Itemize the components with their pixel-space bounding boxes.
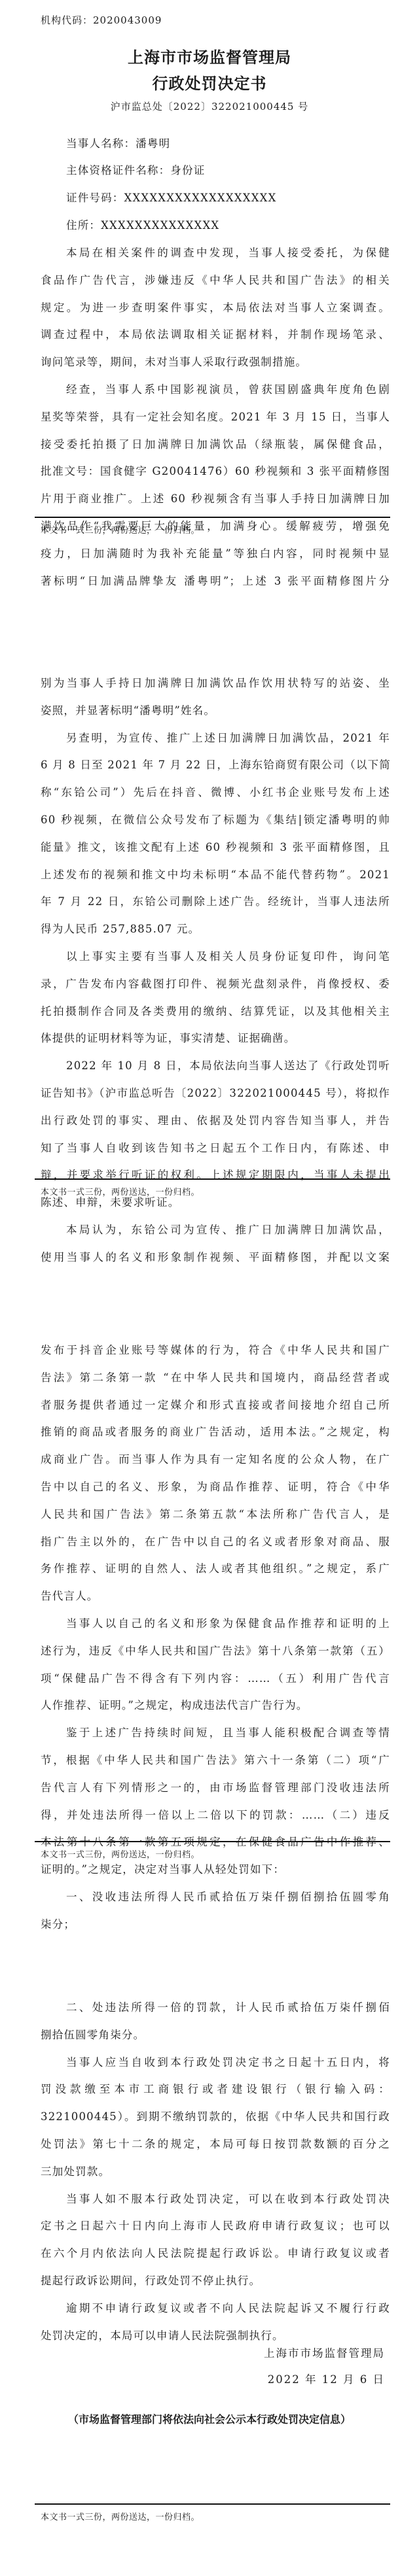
body-line: 本局在相关案件的调查中发现，当事人接受委托，为保健 bbox=[66, 247, 390, 260]
body-line: 证明的。”之规定，决定对当事人从轻处罚如下： bbox=[41, 1863, 390, 1876]
body-line: 另查明，为宣传、推广上述日加满牌日加满饮品，2021 年 bbox=[66, 732, 390, 745]
body-line: 罚没款缴至本市工商银行或者建设银行（银行输入码： bbox=[41, 2083, 390, 2096]
signature-agency: 上海市市场监督管理局 bbox=[264, 2344, 385, 2360]
body-line: 定书之日起六十日内向上海市人民政府申请行政复议；也可以 bbox=[41, 2220, 390, 2233]
body-line: 经查，当事人系中国影视演员，曾获国剧盛典年度角色剧 bbox=[66, 383, 390, 396]
body-line: 批准文号：国食健字 G20041476）60 秒视频和 3 张平面精修图 bbox=[41, 465, 390, 478]
body-line: 录，广告发布内容截图打印件、视频光盘刻录件，肖像授权、委 bbox=[41, 978, 390, 991]
body-line: 告代言人有下列情形之一的，由市场监督管理部门没收违法所 bbox=[41, 1781, 390, 1795]
body-line: 疫力，日加满随时为我补充能量”等独白内容，同时视频中显 bbox=[41, 547, 390, 560]
page-1: 机构代码：2020043009 上海市市场监督管理局 行政处罚决定书 沪市监总处… bbox=[0, 0, 419, 654]
footer-rule bbox=[35, 1841, 390, 1842]
footer-note: 本文书一式三份，两份送达，一份归档。 bbox=[41, 2510, 200, 2522]
body-line: 一、没收违法所得人民币贰拾伍万柒仟捌佰捌拾伍圆零角 bbox=[66, 1891, 390, 1904]
public-notice: （市场监督管理部门将依法向社会公示本行政处罚决定信息） bbox=[0, 2411, 419, 2426]
body-line: 星奖等荣誉，具有一定社会知名度。2021 年 3 月 15 日，当事人 bbox=[41, 411, 390, 424]
body-line: 得，并处违法所得一倍以上二倍以下的罚款：……（二）违反 bbox=[41, 1809, 390, 1822]
body-line: 称“东铪公司”）先后在抖音、微博、小红书企业账号发布上述 bbox=[41, 786, 390, 799]
body-line: 节，根据《中华人民共和国广告法》第六十一条第（二）项“广 bbox=[41, 1754, 390, 1767]
party-address: 住所：XXXXXXXXXXXXXX bbox=[66, 219, 390, 232]
body-line: 使用当事人的名义和形象制作视频、平面精修图，并配以文案 bbox=[41, 1251, 390, 1264]
body-line: 人民共和国广告法》第二条第五款“本法所称广告代言人，是 bbox=[41, 1508, 390, 1521]
body-line: 在六个月内依法向人民法院提起行政诉讼。申请行政复议或者 bbox=[41, 2247, 390, 2260]
body-line: 处罚决定的，本局可以申请人民法院强制执行。 bbox=[41, 2329, 390, 2343]
body-line: 2022 年 10 月 8 日，本局依法向当事人送达了《行政处罚听 bbox=[66, 1059, 390, 1073]
body-line: 上述发布的视频和推文中均未标明“本品不能代替药物”。2021 bbox=[41, 868, 390, 882]
body-line: 推销的商品或者服务的商业广告活动，适用本法。”之规定，构 bbox=[41, 1426, 390, 1439]
footer-note: 本文书一式三份，两份送达，一份归档。 bbox=[41, 1847, 200, 1860]
body-line: 知了当事人自收到该告知书之日起五个工作日内，有陈述、申 bbox=[41, 1142, 390, 1155]
page-2: 别为当事人手持日加满牌日加满饮品作饮用状特写的站姿、坐姿照，并显著标明“潘粤明”… bbox=[0, 654, 419, 1308]
body-line: 本局认为，东铪公司为宣传、推广日加满牌日加满饮品， bbox=[66, 1224, 390, 1237]
body-line: 6 月 8 日至 2021 年 7 月 22 日，上海东铪商贸有限公司（以下简 bbox=[41, 759, 390, 772]
body-line: 当事人如不服本行政处罚决定，可以在收到本行政处罚决 bbox=[66, 2193, 390, 2206]
body-line: 姿照，并显著标明“潘粤明”姓名。 bbox=[41, 704, 390, 717]
body-line: 二、处违法所得一倍的罚款，计人民币贰拾伍万柒仟捌佰 bbox=[66, 2001, 390, 2014]
party-name: 当事人名称：潘粤明 bbox=[66, 137, 390, 150]
body-line: 陈述、申辩，未要求听证。 bbox=[41, 1196, 390, 1209]
body-line: 托拍摄制作合同及各类费用的缴纳、结算凭证，以及其他相关主 bbox=[41, 1005, 390, 1018]
agency-title: 上海市市场监督管理局 bbox=[0, 44, 419, 67]
page-4: 二、处违法所得一倍的罚款，计人民币贰拾伍万柒仟捌佰捌拾伍圆零角柒分。当事人应当自… bbox=[0, 1962, 419, 2576]
document-title: 行政处罚决定书 bbox=[0, 71, 419, 94]
body-line: 年 7 月 22 日，东铪公司删除上述广告。经统计，当事人违法所 bbox=[41, 895, 390, 908]
body-line: 著标明“日加满品牌挚友 潘粤明”；上述 3 张平面精修图片分 bbox=[41, 575, 390, 588]
body-line: 人作推荐、证明。”之规定，构成违法代言广告行为。 bbox=[41, 1699, 390, 1712]
body-line: 逾期不申请行政复议或者不向人民法院起诉又不履行行政 bbox=[66, 2302, 390, 2315]
footer-rule bbox=[35, 2503, 390, 2505]
party-id-number: 证件号码：XXXXXXXXXXXXXXXXXX bbox=[66, 192, 390, 205]
body-line: 证告知书》（沪市监总听告〔2022〕322021000445 号），将拟作 bbox=[41, 1087, 390, 1100]
body-line: 鉴于上述广告持续时间短，且当事人能积极配合调查等情 bbox=[66, 1726, 390, 1740]
body-line: 告中以自己的名义、形象，为商品作推荐、证明，符合《中华 bbox=[41, 1481, 390, 1494]
footer-note: 本文书一式三份，两份送达，一份归档。 bbox=[41, 523, 200, 536]
footer-note: 本文书一式三份，两份送达，一份归档。 bbox=[41, 1185, 200, 1197]
body-line: 接受委托拍摄了日加满牌日加满饮品（绿瓶装，属保健食品， bbox=[41, 438, 390, 451]
body-line: 发布于抖音企业账号等媒体的行为，符合《中华人民共和国广 bbox=[41, 1344, 390, 1357]
body-line: 规定。为进一步查明案件事实，本局依法对当事人立案调查。 bbox=[41, 301, 390, 315]
document-number: 沪市监总处〔2022〕322021000445 号 bbox=[0, 99, 419, 113]
body-line: 处罚法》第七十二条的规定，本局可每日按罚款数额的百分之 bbox=[41, 2138, 390, 2151]
footer-rule bbox=[35, 517, 390, 518]
body-line: 辩，并要求举行听证的权利。上述规定期限内，当事人未提出 bbox=[41, 1169, 390, 1182]
body-line: 述行为，违反《中华人民共和国广告法》第十八条第一款第（五） bbox=[41, 1645, 390, 1658]
body-line: 60 秒视频，在微信公众号发布了标题为《集结|锁定潘粤明的帅 bbox=[41, 814, 390, 827]
page-3: 发布于抖音企业账号等媒体的行为，符合《中华人民共和国广告法》第二条第一款 “在中… bbox=[0, 1308, 419, 1962]
org-code: 机构代码：2020043009 bbox=[41, 13, 162, 27]
body-line: 告代言人。 bbox=[41, 1590, 390, 1603]
body-line: 能量》推文，该推文配有上述 60 秒视频和 3 张平面精修图，且 bbox=[41, 841, 390, 854]
footer-rule bbox=[35, 1178, 390, 1180]
body-line: 询问笔录等，期间，未对当事人采取行政强制措施。 bbox=[41, 356, 390, 369]
body-line: 务作推荐、证明的自然人、法人或者其他组织。”之规定，系广 bbox=[41, 1562, 390, 1575]
body-line: 柒分； bbox=[41, 1918, 390, 1931]
body-line: 体提供的证明材料等为证，事实清楚、证据确凿。 bbox=[41, 1032, 390, 1045]
body-line: 当事人以自己的名义和形象为保健食品作推荐和证明的上 bbox=[66, 1617, 390, 1630]
body-line: 提起行政诉讼期间，行政处罚不停止执行。 bbox=[41, 2275, 390, 2288]
body-line: 别为当事人手持日加满牌日加满饮品作饮用状特写的站姿、坐 bbox=[41, 677, 390, 690]
body-line: 指广告主以外的，在广告中以自己的名义或者形象对商品、服 bbox=[41, 1536, 390, 1549]
signature-date: 2022 年 12 月 6 日 bbox=[268, 2371, 385, 2386]
body-line: 当事人应当自收到本行政处罚决定书之日起十五日内，将 bbox=[66, 2056, 390, 2069]
body-line: 成商业广告。而当事人作为具有一定知名度的公众人物，在广 bbox=[41, 1453, 390, 1466]
body-line: 调查过程中，本局依法调取相关证据材料，并制作现场笔录、 bbox=[41, 328, 390, 341]
body-line: 食品作广告代言，涉嫌违反《中华人民共和国广告法》的相关 bbox=[41, 274, 390, 287]
body-line: 者服务提供者通过一定媒介和形式直接或者间接地介绍自己所 bbox=[41, 1399, 390, 1412]
body-line: 片用于商业推广。上述 60 秒视频含有当事人手持日加满牌日加 bbox=[41, 492, 390, 506]
body-line: 3221000445）。到期不缴纳罚款的，依据《中华人民共和国行政 bbox=[41, 2110, 390, 2123]
body-line: 项“保健品广告不得含有下列内容：……（五）利用广告代言 bbox=[41, 1672, 390, 1685]
party-id-type: 主体资格证件名称：身份证 bbox=[66, 164, 390, 177]
body-line: 本法第十八条第一款第五项规定，在保健食品广告中作推荐、 bbox=[41, 1836, 390, 1849]
body-line: 以上事实主要有当事人及相关人员身份证复印件，询问笔 bbox=[66, 950, 390, 963]
body-line: 得为人民币 257,885.07 元。 bbox=[41, 923, 390, 936]
body-line: 捌拾伍圆零角柒分。 bbox=[41, 2029, 390, 2042]
body-line: 三加处罚款。 bbox=[41, 2165, 390, 2178]
body-line: 告法》第二条第一款 “在中华人民共和国境内，商品经营者或 bbox=[41, 1371, 390, 1384]
body-line: 出行政处罚的事实、理由、依据及处罚内容告知当事人，并告 bbox=[41, 1114, 390, 1127]
